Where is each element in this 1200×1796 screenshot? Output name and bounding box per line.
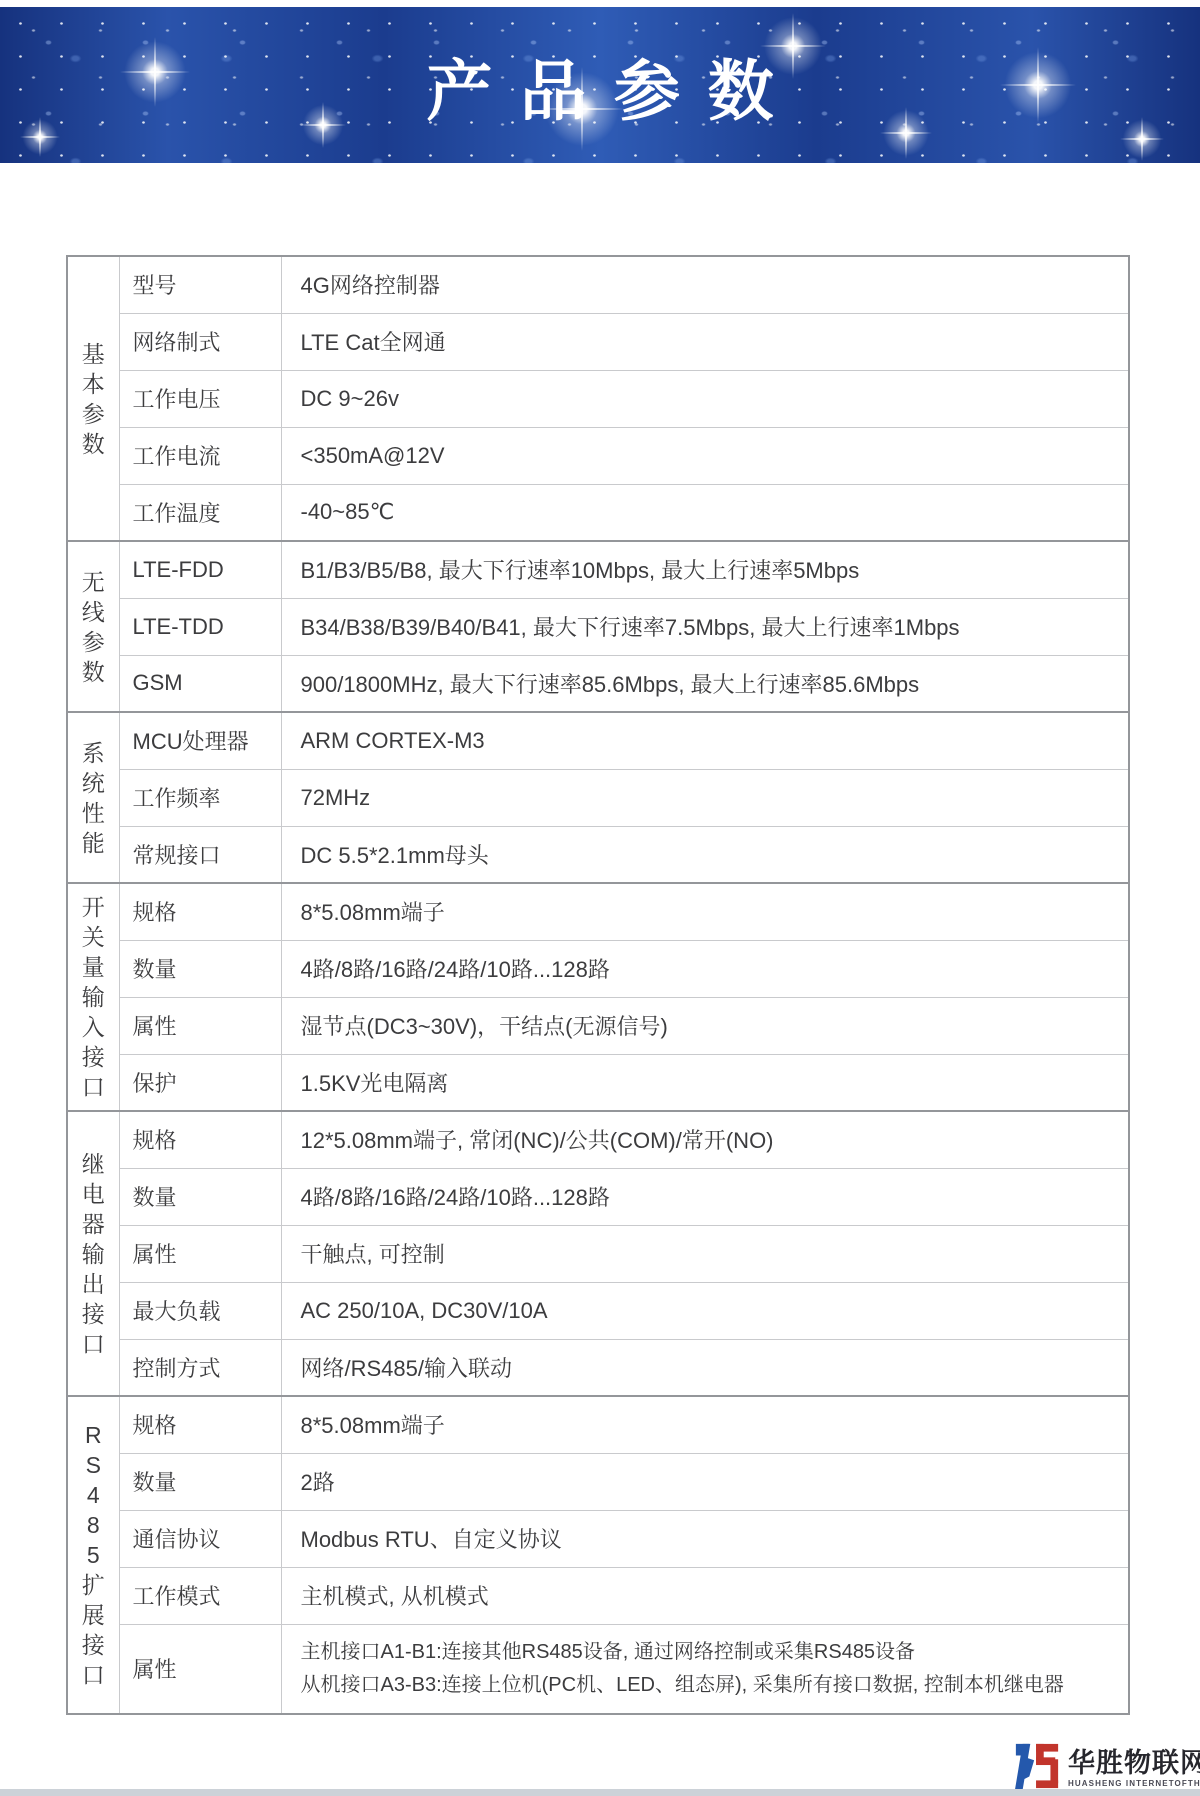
group-label-char: 线	[68, 597, 119, 627]
group-label-char: 数	[68, 429, 119, 459]
huasheng-logo-icon	[1012, 1742, 1062, 1790]
spec-row: GSM900/1800MHz, 最大下行速率85.6Mbps, 最大上行速率85…	[67, 655, 1129, 712]
spec-row: 属性主机接口A1-B1:连接其他RS485设备, 通过网络控制或采集RS485设…	[67, 1624, 1129, 1714]
group-label-char: 电	[68, 1179, 119, 1209]
group-label-char: 口	[68, 1329, 119, 1359]
group-label-char: 接	[68, 1299, 119, 1329]
spec-row: 无线参数LTE-FDDB1/B3/B5/B8, 最大下行速率10Mbps, 最大…	[67, 541, 1129, 598]
group-label-char: 5	[68, 1540, 119, 1570]
param-value-line: B34/B38/B39/B40/B41, 最大下行速率7.5Mbps, 最大上行…	[301, 611, 1128, 642]
param-value: LTE Cat全网通	[281, 313, 1129, 370]
spec-row: 保护1.5KV光电隔离	[67, 1054, 1129, 1111]
spec-row: 基本参数型号4G网络控制器	[67, 256, 1129, 313]
param-value-line: 网络/RS485/输入联动	[301, 1352, 1128, 1383]
param-label: 控制方式	[119, 1339, 281, 1396]
param-value-line: 8*5.08mm端子	[301, 896, 1128, 927]
param-label: LTE-TDD	[119, 598, 281, 655]
param-value-line: 4路/8路/16路/24路/10路...128路	[301, 1181, 1128, 1212]
param-value-line: 从机接口A3-B3:连接上位机(PC机、LED、组态屏), 采集所有接口数据, …	[301, 1669, 1128, 1702]
group-label-char: 统	[68, 768, 119, 798]
param-value: DC 9~26v	[281, 370, 1129, 427]
spec-row: 最大负载AC 250/10A, DC30V/10A	[67, 1282, 1129, 1339]
group-label-char: 扩	[68, 1570, 119, 1600]
group-label-char: 能	[68, 828, 119, 858]
group-label: 基本参数	[67, 256, 119, 541]
spec-row: 数量4路/8路/16路/24路/10路...128路	[67, 940, 1129, 997]
param-label: 数量	[119, 1453, 281, 1510]
param-label: 数量	[119, 1168, 281, 1225]
group-label-char: R	[68, 1420, 119, 1450]
param-value: 4G网络控制器	[281, 256, 1129, 313]
bottom-divider	[0, 1789, 1200, 1796]
brand-text: 华胜物联网 HUASHENG INTERNETOFTHINGS	[1068, 1742, 1200, 1790]
param-value-line: 干触点, 可控制	[301, 1238, 1128, 1269]
param-value: B34/B38/B39/B40/B41, 最大下行速率7.5Mbps, 最大上行…	[281, 598, 1129, 655]
spec-row: LTE-TDDB34/B38/B39/B40/B41, 最大下行速率7.5Mbp…	[67, 598, 1129, 655]
spec-row: 工作电流<350mA@12V	[67, 427, 1129, 484]
param-value: 1.5KV光电隔离	[281, 1054, 1129, 1111]
spec-row: 系统性能MCU处理器ARM CORTEX-M3	[67, 712, 1129, 769]
param-value: <350mA@12V	[281, 427, 1129, 484]
group-label-char: 参	[68, 627, 119, 657]
group-label-char: 入	[68, 1012, 119, 1042]
param-label: 网络制式	[119, 313, 281, 370]
param-value: Modbus RTU、自定义协议	[281, 1510, 1129, 1567]
group-label-char: 量	[68, 952, 119, 982]
param-value-line: 主机模式, 从机模式	[301, 1580, 1128, 1611]
param-label: MCU处理器	[119, 712, 281, 769]
param-label: GSM	[119, 655, 281, 712]
group-label-char: 4	[68, 1480, 119, 1510]
param-label: 型号	[119, 256, 281, 313]
param-label: 数量	[119, 940, 281, 997]
spec-table-wrap: 基本参数型号4G网络控制器网络制式LTE Cat全网通工作电压DC 9~26v工…	[66, 255, 1130, 1715]
group-label-char: 基	[68, 339, 119, 369]
param-value-line: ARM CORTEX-M3	[301, 728, 1128, 754]
param-value-line: 12*5.08mm端子, 常闭(NC)/公共(COM)/常开(NO)	[301, 1124, 1128, 1155]
group-label: 开关量输入接口	[67, 883, 119, 1111]
param-label: 规格	[119, 883, 281, 940]
spec-row: 工作温度-40~85℃	[67, 484, 1129, 541]
param-value: AC 250/10A, DC30V/10A	[281, 1282, 1129, 1339]
group-label-char: 开	[68, 892, 119, 922]
param-value: 4路/8路/16路/24路/10路...128路	[281, 1168, 1129, 1225]
param-value: ARM CORTEX-M3	[281, 712, 1129, 769]
param-value: 2路	[281, 1453, 1129, 1510]
group-label: RS485扩展接口	[67, 1396, 119, 1714]
spec-row: 控制方式网络/RS485/输入联动	[67, 1339, 1129, 1396]
spec-table: 基本参数型号4G网络控制器网络制式LTE Cat全网通工作电压DC 9~26v工…	[66, 255, 1130, 1715]
spec-row: 工作模式主机模式, 从机模式	[67, 1567, 1129, 1624]
spec-row: 网络制式LTE Cat全网通	[67, 313, 1129, 370]
param-label: 最大负载	[119, 1282, 281, 1339]
spec-row: 工作频率72MHz	[67, 769, 1129, 826]
group-label: 系统性能	[67, 712, 119, 883]
brand-logo: 华胜物联网 HUASHENG INTERNETOFTHINGS	[1012, 1742, 1200, 1790]
spec-row: 继电器输出接口规格12*5.08mm端子, 常闭(NC)/公共(COM)/常开(…	[67, 1111, 1129, 1168]
param-label: 通信协议	[119, 1510, 281, 1567]
group-label-char: 口	[68, 1072, 119, 1102]
spec-row: RS485扩展接口规格8*5.08mm端子	[67, 1396, 1129, 1453]
param-value-line: B1/B3/B5/B8, 最大下行速率10Mbps, 最大上行速率5Mbps	[301, 554, 1128, 585]
group-label: 继电器输出接口	[67, 1111, 119, 1396]
param-label: 规格	[119, 1396, 281, 1453]
group-label-char: 本	[68, 369, 119, 399]
page-title: 产品参数	[0, 7, 1200, 163]
spec-row: 常规接口DC 5.5*2.1mm母头	[67, 826, 1129, 883]
spec-row: 属性干触点, 可控制	[67, 1225, 1129, 1282]
param-label: 常规接口	[119, 826, 281, 883]
param-value-line: DC 5.5*2.1mm母头	[301, 839, 1128, 870]
group-label: 无线参数	[67, 541, 119, 712]
group-label-char: 关	[68, 922, 119, 952]
group-label-char: 口	[68, 1660, 119, 1690]
param-value: DC 5.5*2.1mm母头	[281, 826, 1129, 883]
header-banner: 产品参数	[0, 7, 1200, 163]
spec-row: 工作电压DC 9~26v	[67, 370, 1129, 427]
group-label-char: 继	[68, 1149, 119, 1179]
param-value-line: 8*5.08mm端子	[301, 1409, 1128, 1440]
group-label-char: 出	[68, 1269, 119, 1299]
param-label: 规格	[119, 1111, 281, 1168]
param-label: 工作电流	[119, 427, 281, 484]
group-label-char: 展	[68, 1600, 119, 1630]
group-label-char: 接	[68, 1042, 119, 1072]
group-label-char: 数	[68, 657, 119, 687]
param-value: 主机模式, 从机模式	[281, 1567, 1129, 1624]
spec-row: 数量2路	[67, 1453, 1129, 1510]
param-label: 属性	[119, 1624, 281, 1714]
group-label-char: 无	[68, 567, 119, 597]
param-value-line: LTE Cat全网通	[301, 326, 1128, 357]
param-value: 8*5.08mm端子	[281, 883, 1129, 940]
param-value-line: 湿节点(DC3~30V)，干结点(无源信号)	[301, 1010, 1128, 1041]
param-label: 保护	[119, 1054, 281, 1111]
param-value-line: DC 9~26v	[301, 386, 1128, 412]
param-label: 工作频率	[119, 769, 281, 826]
param-value: 湿节点(DC3~30V)，干结点(无源信号)	[281, 997, 1129, 1054]
param-value: 900/1800MHz, 最大下行速率85.6Mbps, 最大上行速率85.6M…	[281, 655, 1129, 712]
param-label: 工作模式	[119, 1567, 281, 1624]
param-value-line: -40~85℃	[301, 499, 1128, 525]
group-label-char: 8	[68, 1510, 119, 1540]
param-value-line: 72MHz	[301, 785, 1128, 811]
param-value-line: Modbus RTU、自定义协议	[301, 1523, 1128, 1554]
spec-row: 数量4路/8路/16路/24路/10路...128路	[67, 1168, 1129, 1225]
param-value: B1/B3/B5/B8, 最大下行速率10Mbps, 最大上行速率5Mbps	[281, 541, 1129, 598]
param-value-line: 主机接口A1-B1:连接其他RS485设备, 通过网络控制或采集RS485设备	[301, 1636, 1128, 1669]
param-value: 干触点, 可控制	[281, 1225, 1129, 1282]
param-value: 72MHz	[281, 769, 1129, 826]
param-value: 主机接口A1-B1:连接其他RS485设备, 通过网络控制或采集RS485设备从…	[281, 1624, 1129, 1714]
param-value-line: 4G网络控制器	[301, 269, 1128, 300]
brand-name: 华胜物联网	[1068, 1748, 1200, 1778]
spec-table-body: 基本参数型号4G网络控制器网络制式LTE Cat全网通工作电压DC 9~26v工…	[67, 256, 1129, 1714]
param-value: 网络/RS485/输入联动	[281, 1339, 1129, 1396]
param-value-line: 1.5KV光电隔离	[301, 1067, 1128, 1098]
param-value: 4路/8路/16路/24路/10路...128路	[281, 940, 1129, 997]
param-label: 属性	[119, 997, 281, 1054]
param-label: 工作温度	[119, 484, 281, 541]
param-value-line: 900/1800MHz, 最大下行速率85.6Mbps, 最大上行速率85.6M…	[301, 668, 1128, 699]
group-label-char: S	[68, 1450, 119, 1480]
param-value-line: 2路	[301, 1466, 1128, 1497]
param-value: 12*5.08mm端子, 常闭(NC)/公共(COM)/常开(NO)	[281, 1111, 1129, 1168]
spec-row: 通信协议Modbus RTU、自定义协议	[67, 1510, 1129, 1567]
param-value-line: 4路/8路/16路/24路/10路...128路	[301, 953, 1128, 984]
group-label-char: 性	[68, 798, 119, 828]
param-label: 属性	[119, 1225, 281, 1282]
group-label-char: 接	[68, 1630, 119, 1660]
group-label-char: 输	[68, 982, 119, 1012]
param-value: -40~85℃	[281, 484, 1129, 541]
param-label: LTE-FDD	[119, 541, 281, 598]
param-value-line: <350mA@12V	[301, 443, 1128, 469]
group-label-char: 参	[68, 399, 119, 429]
group-label-char: 器	[68, 1209, 119, 1239]
param-value: 8*5.08mm端子	[281, 1396, 1129, 1453]
group-label-char: 输	[68, 1239, 119, 1269]
group-label-char: 系	[68, 738, 119, 768]
spec-row: 开关量输入接口规格8*5.08mm端子	[67, 883, 1129, 940]
param-label: 工作电压	[119, 370, 281, 427]
param-value-line: AC 250/10A, DC30V/10A	[301, 1298, 1128, 1324]
spec-row: 属性湿节点(DC3~30V)，干结点(无源信号)	[67, 997, 1129, 1054]
